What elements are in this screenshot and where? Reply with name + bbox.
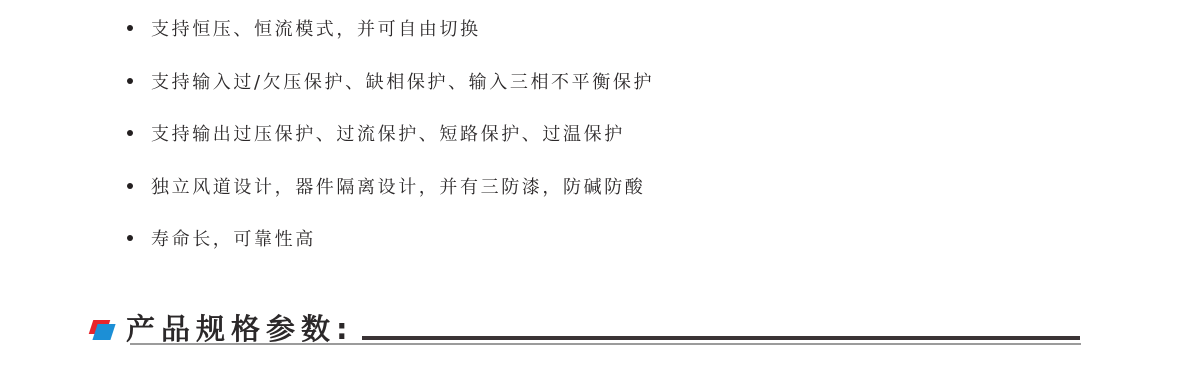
feature-item: 独立风道设计，器件隔离设计，并有三防漆，防碱防酸 — [127, 171, 645, 201]
feature-item: 支持输入过/欠压保护、缺相保护、输入三相不平衡保护 — [127, 66, 654, 96]
feature-text: 独立风道设计，器件隔离设计，并有三防漆，防碱防酸 — [151, 173, 645, 199]
bullet-icon — [127, 130, 133, 136]
bullet-icon — [127, 78, 133, 84]
feature-text: 寿命长，可靠性高 — [151, 225, 316, 251]
feature-text: 支持恒压、恒流模式，并可自由切换 — [151, 15, 481, 41]
title-rule-bar — [362, 336, 1080, 340]
feature-item: 支持恒压、恒流模式，并可自由切换 — [127, 13, 481, 43]
bullet-icon — [127, 235, 133, 241]
bullet-icon — [127, 183, 133, 189]
title-underline — [130, 343, 1081, 345]
feature-text: 支持输出过压保护、过流保护、短路保护、过温保护 — [151, 120, 625, 146]
feature-item: 寿命长，可靠性高 — [127, 223, 316, 253]
section-emblem-icon — [89, 320, 117, 342]
bullet-icon — [127, 25, 133, 31]
feature-item: 支持输出过压保护、过流保护、短路保护、过温保护 — [127, 118, 625, 148]
feature-text: 支持输入过/欠压保护、缺相保护、输入三相不平衡保护 — [151, 68, 654, 94]
emblem-blue-shape — [92, 324, 115, 340]
